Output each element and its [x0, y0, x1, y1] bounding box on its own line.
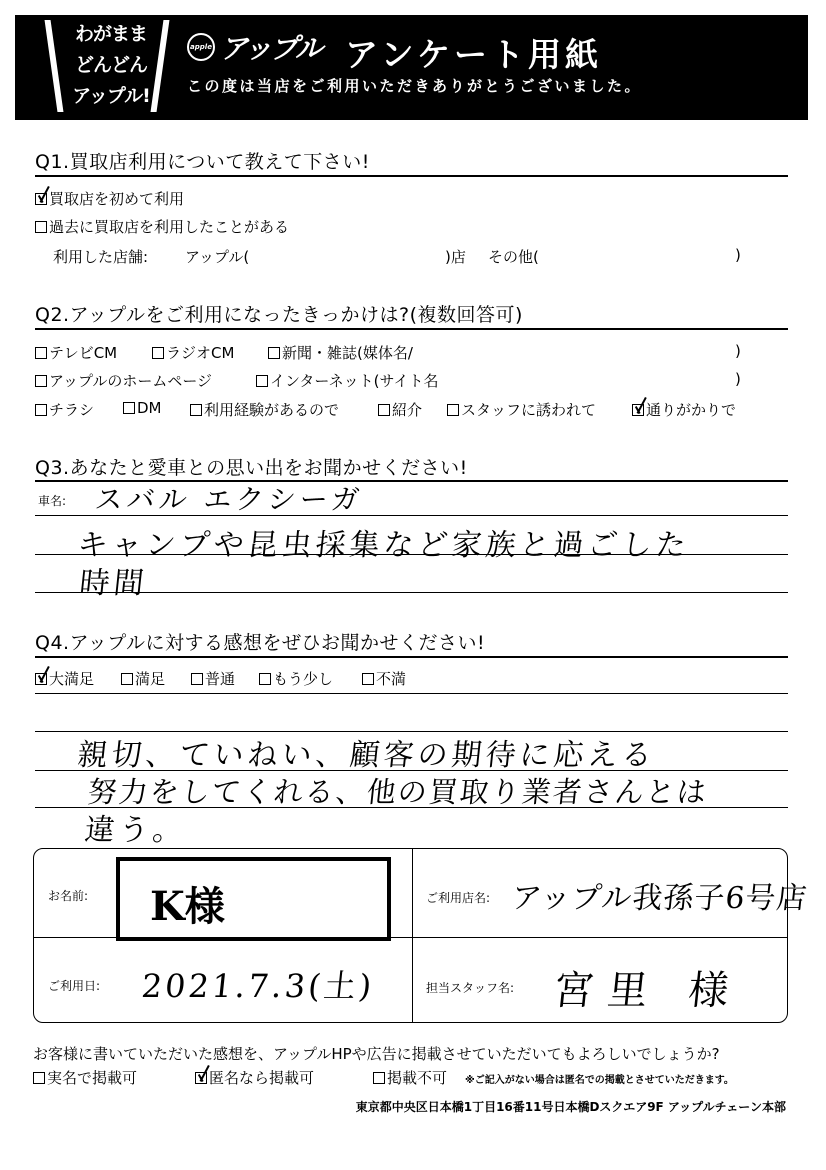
checkbox-icon[interactable] — [378, 404, 390, 416]
q3-heading: Q3.あなたと愛車との思い出をお聞かせください! — [35, 453, 468, 480]
date-value[interactable]: 2021.7.3(土) — [140, 961, 377, 1007]
q1-heading: Q1.買取店利用について教えて下さい! — [35, 147, 370, 174]
q1-store-suffix: )店 — [445, 246, 466, 267]
writing-line — [35, 554, 788, 555]
q2-option-radio-cm[interactable]: ラジオCM — [152, 342, 234, 363]
form-subtitle: この度は当店をご利用いただきありがとうございました。 — [187, 75, 642, 96]
checkbox-icon[interactable] — [190, 404, 202, 416]
checkbox-checked-icon[interactable] — [35, 673, 47, 685]
q4-option-dissatisfied[interactable]: 不満 — [362, 668, 406, 689]
car-name-value[interactable]: スバル エクシーガ — [93, 478, 366, 518]
q1-option-used-before[interactable]: 過去に買取店を利用したことがある — [35, 216, 289, 237]
name-value: K様 — [150, 875, 225, 932]
consent-option-real-name[interactable]: 実名で掲載可 — [33, 1067, 137, 1088]
slogan-line: アップル! — [65, 81, 157, 112]
q4-option-normal[interactable]: 普通 — [191, 668, 235, 689]
checkbox-checked-icon[interactable] — [632, 404, 644, 416]
q4-option-a-little-more[interactable]: もう少し — [259, 668, 333, 689]
slogan-bar-left — [45, 20, 64, 112]
q4-option-very-satisfied[interactable]: 大満足 — [35, 668, 94, 689]
close-paren: ) — [735, 342, 741, 360]
consent-option-not-allowed[interactable]: 掲載不可 — [373, 1067, 447, 1088]
q2-option-passing-by[interactable]: 通りがかりで — [632, 399, 736, 420]
footer-address: 東京都中央区日本橋1丁目16番11号日本橋Dスクエア9F アップルチェーン本部 — [356, 1098, 786, 1115]
checkbox-icon[interactable] — [256, 375, 268, 387]
checkbox-icon[interactable] — [33, 1072, 45, 1084]
divider — [35, 175, 788, 177]
divider — [35, 328, 788, 330]
staff-name-value[interactable]: 宮里 様 — [551, 959, 746, 1016]
checkbox-icon[interactable] — [123, 402, 135, 414]
q2-option-internet[interactable]: インターネット(サイト名 — [256, 370, 438, 391]
consent-question: お客様に書いていただいた感想を、アップルHPや広告に掲載させていただいてもよろし… — [33, 1043, 720, 1064]
writing-line — [35, 515, 788, 516]
checkbox-icon[interactable] — [373, 1072, 385, 1084]
apple-logo-icon: apple — [187, 33, 215, 61]
form-title: アンケート用紙 — [345, 29, 602, 76]
car-name-label: 車名: — [38, 492, 66, 509]
consent-note: ※ご記入がない場合は匿名での掲載とさせていただきます。 — [465, 1071, 734, 1086]
checkbox-icon[interactable] — [259, 673, 271, 685]
q2-option-referral[interactable]: 紹介 — [378, 399, 422, 420]
comment-line[interactable]: 親切、ていねい、顧客の期待に応える — [76, 730, 659, 774]
checkbox-icon[interactable] — [191, 673, 203, 685]
q4-heading: Q4.アップルに対する感想をぜひお聞かせください! — [35, 628, 485, 655]
q2-option-flyer[interactable]: チラシ — [35, 399, 94, 420]
q2-option-homepage[interactable]: アップルのホームページ — [35, 370, 212, 391]
q2-option-experience[interactable]: 利用経験があるので — [190, 399, 339, 420]
checkbox-icon[interactable] — [362, 673, 374, 685]
q2-option-tv-cm[interactable]: テレビCM — [35, 342, 117, 363]
customer-info-box: お名前: K様 ご利用日: 2021.7.3(土) ご利用店名: アップル我孫子… — [33, 848, 788, 1023]
staff-name-label: 担当スタッフ名: — [426, 979, 514, 996]
checkbox-icon[interactable] — [35, 404, 47, 416]
consent-option-anonymous[interactable]: 匿名なら掲載可 — [195, 1067, 314, 1088]
q2-option-dm[interactable]: DM — [123, 399, 162, 417]
checkbox-icon[interactable] — [35, 221, 47, 233]
q1-store-prefix: アップル( — [185, 246, 249, 267]
writing-line — [35, 693, 788, 694]
comment-line[interactable]: 違う。 — [83, 805, 190, 849]
divider — [412, 849, 413, 1022]
checkbox-checked-icon[interactable] — [195, 1072, 207, 1084]
form-header: わがまま どんどん アップル! apple アップル アンケート用紙 この度は当… — [15, 15, 808, 120]
writing-line — [35, 592, 788, 593]
q2-heading: Q2.アップルをご利用になったきっかけは?(複数回答可) — [35, 300, 523, 327]
store-name-label: ご利用店名: — [426, 889, 490, 906]
q1-other-label: その他( — [488, 246, 539, 267]
checkbox-icon[interactable] — [121, 673, 133, 685]
checkbox-icon[interactable] — [35, 375, 47, 387]
store-name-value[interactable]: アップル我孫子6号店 — [510, 873, 810, 917]
checkbox-icon[interactable] — [152, 347, 164, 359]
name-field[interactable]: K様 — [116, 857, 391, 941]
q2-option-newspaper[interactable]: 新聞・雑誌(媒体名/ — [268, 342, 413, 363]
checkbox-icon[interactable] — [447, 404, 459, 416]
date-label: ご利用日: — [48, 977, 100, 994]
divider — [35, 656, 788, 658]
q1-store-field: 利用した店舗: — [53, 246, 148, 267]
name-label: お名前: — [48, 887, 88, 904]
slogan-line: どんどん — [65, 50, 157, 81]
q1-option-first-time[interactable]: 買取店を初めて利用 — [35, 188, 184, 209]
checkbox-icon[interactable] — [268, 347, 280, 359]
memory-line[interactable]: キャンプや昆虫採集など家族と過ごした — [76, 520, 693, 564]
memory-line[interactable]: 時間 — [78, 558, 151, 602]
close-paren: ) — [735, 370, 741, 388]
brand-logo-text: アップル — [220, 27, 321, 67]
slogan-line: わがまま — [65, 19, 157, 50]
q4-option-satisfied[interactable]: 満足 — [121, 668, 165, 689]
q1-other-close: ) — [735, 246, 741, 264]
checkbox-checked-icon[interactable] — [35, 193, 47, 205]
checkbox-icon[interactable] — [35, 347, 47, 359]
slogan-banner: わがまま どんどん アップル! — [37, 15, 172, 120]
q2-option-staff-invite[interactable]: スタッフに誘われて — [447, 399, 596, 420]
